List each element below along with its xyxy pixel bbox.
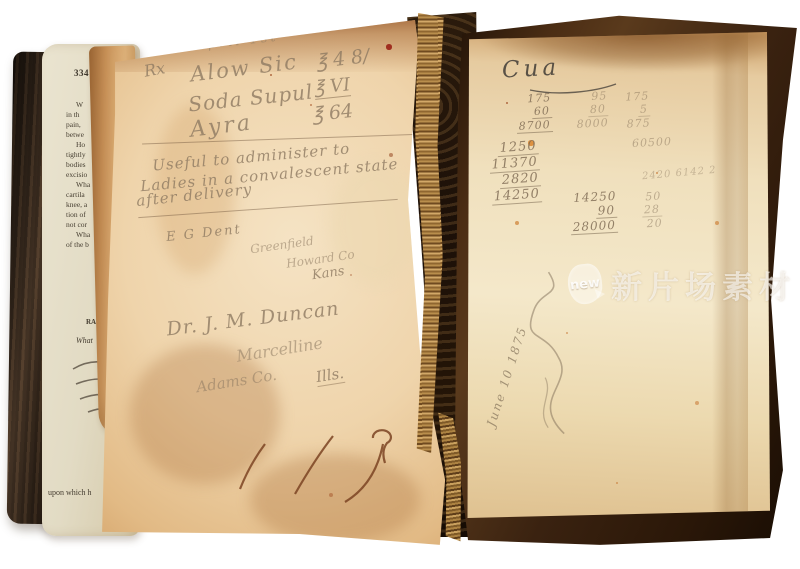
rust-speckles	[506, 102, 508, 104]
page-number: 334	[74, 68, 89, 78]
inscription1-state: Kans	[311, 264, 345, 283]
calc-mid-column: 14250 90 28000	[569, 189, 618, 235]
printed-bottom-line: upon which h	[48, 488, 92, 497]
inscription2-town: Marcelline	[235, 333, 324, 365]
calc-small-column: 50 28 20	[641, 190, 663, 231]
new-logo-icon: new	[566, 262, 604, 305]
ink-scribble-marks	[225, 414, 405, 514]
inscription1-town: Greenfield	[249, 234, 314, 257]
recipe-quantity-2: ℥ VI	[313, 74, 351, 100]
calc-sum-block: 1250 11370 2820 14250	[488, 138, 543, 205]
manuscript-page: Ula april 1st Rx Alow Sic ℥ 4 8/ Soda Su…	[100, 14, 450, 554]
open-antique-book-photo: 334 W in th pain, betwe Ho tightly bodie…	[0, 0, 800, 569]
rx-symbol: Rx	[143, 58, 167, 80]
printed-subline: What	[76, 336, 93, 345]
watermark-brand-text: 新片场素材	[611, 262, 796, 307]
inscription2-state: Ills.	[315, 364, 346, 387]
calc-column-1: 175 60 8700	[515, 91, 553, 134]
calc-column-2: 95 80 8000	[575, 89, 609, 131]
calc-right-total: 60500	[632, 135, 673, 150]
calc-column-3: 175 5 875	[625, 89, 651, 130]
recipe-quantity-3: ℥ 64	[311, 100, 354, 126]
watermark: new 新片场素材	[568, 256, 800, 312]
calc-scratch-note: 2420 6142 2	[642, 165, 717, 182]
logo-text: new	[569, 275, 600, 293]
